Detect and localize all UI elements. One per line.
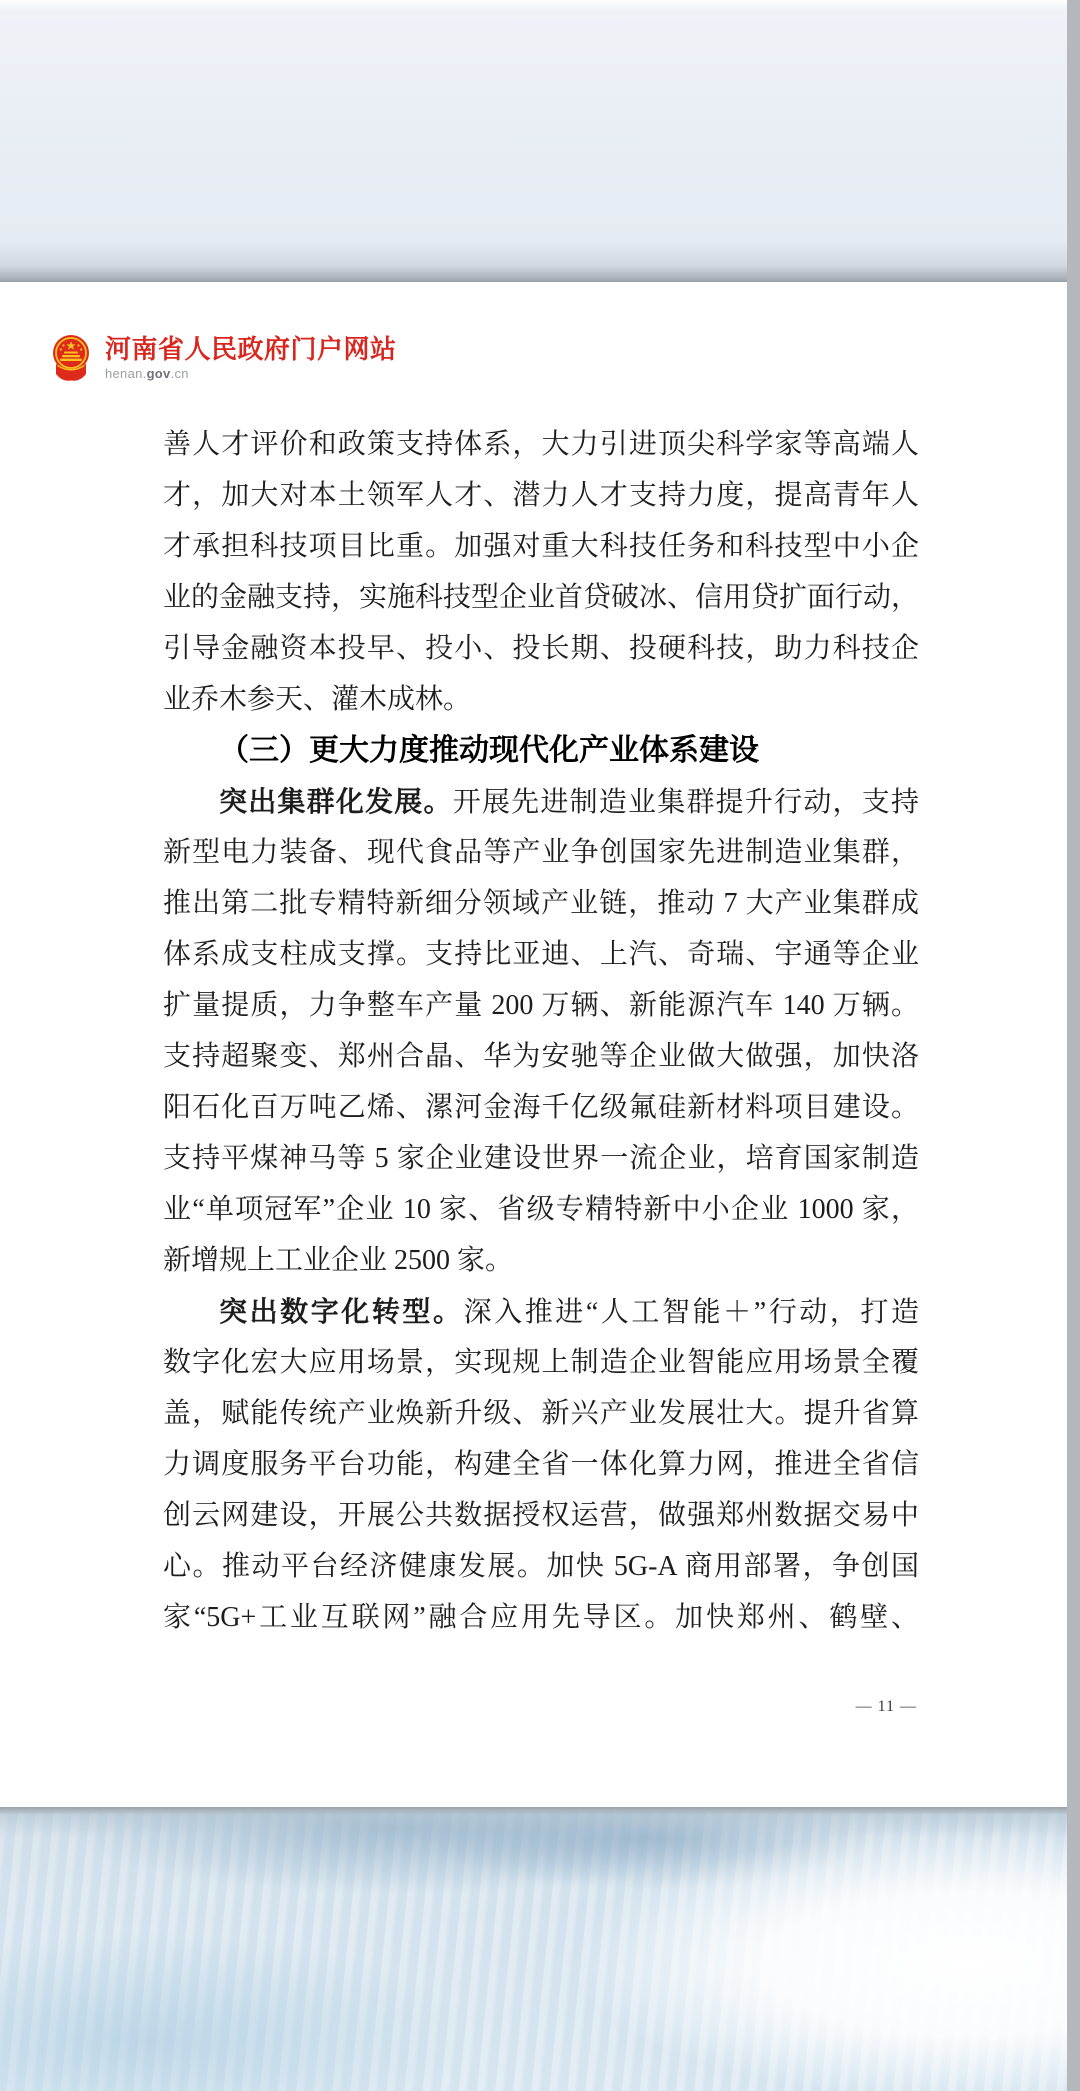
text-line: 力调度服务平台功能，构建全省一体化算力网，推进全省信 (163, 1439, 919, 1490)
pdf-viewer: { "header": { "site_title": "河南省人民政府门户网站… (0, 0, 1080, 2091)
text-line: 支持平煤神马等 5 家企业建设世界一流企业，培育国家制造 (163, 1133, 919, 1184)
text-line: 推出第二批专精特新细分领域产业链，推动 7 大产业集群成 (163, 878, 919, 929)
site-title: 河南省人民政府门户网站 (105, 334, 397, 364)
paragraph-lead: 突出数字化转型。 (219, 1296, 464, 1327)
text-line: 体系成支柱成支撑。支持比亚迪、上汽、奇瑞、宇通等企业 (163, 929, 919, 980)
next-page-edge (0, 1807, 1067, 2091)
site-url: henan.gov.cn (105, 366, 397, 381)
paragraph-lead: 突出集群化发展。 (219, 786, 453, 817)
site-url-prefix: henan. (105, 366, 147, 381)
text-run: 开展先进制造业集群提升行动，支持 (453, 787, 919, 818)
text-line: 支持超聚变、郑州合晶、华为安驰等企业做大做强，加快洛 (163, 1031, 919, 1082)
text-line: 家“5G+工业互联网”融合应用先导区。加快郑州、鹤壁、 (163, 1592, 919, 1643)
text-line: 业乔木参天、灌木成林。 (163, 674, 919, 725)
text-line: 新型电力装备、现代食品等产业争创国家先进制造业集群， (163, 827, 919, 878)
text-line: 盖，赋能传统产业焕新升级、新兴产业发展壮大。提升省算 (163, 1388, 919, 1439)
text-line: 阳石化百万吨乙烯、漯河金海千亿级氟硅新材料项目建设。 (163, 1082, 919, 1133)
site-header: 河南省人民政府门户网站 henan.gov.cn (47, 334, 397, 384)
text-line: 突出数字化转型。深入推进“人工智能＋”行动，打造 (163, 1286, 919, 1337)
text-line: 扩量提质，力争整车产量 200 万辆、新能源汽车 140 万辆。 (163, 980, 919, 1031)
text-line: 业的金融支持，实施科技型企业首贷破冰、信用贷扩面行动， (163, 572, 919, 623)
text-line: 善人才评价和政策支持体系，大力引进顶尖科学家等高端人 (163, 419, 919, 470)
previous-page-edge (0, 0, 1069, 282)
text-line: 引导金融资本投早、投小、投长期、投硬科技，助力科技企 (163, 623, 919, 674)
text-line: 才承担科技项目比重。加强对重大科技任务和科技型中小企 (163, 521, 919, 572)
document-page: 河南省人民政府门户网站 henan.gov.cn 善人才评价和政策支持体系，大力… (0, 282, 1067, 1807)
text-line: 新增规上工业企业 2500 家。 (163, 1235, 919, 1286)
text-line: 创云网建设，开展公共数据授权运营，做强郑州数据交易中 (163, 1490, 919, 1541)
text-line: 业“单项冠军”企业 10 家、省级专精特新中小企业 1000 家， (163, 1184, 919, 1235)
site-url-suffix: .cn (171, 366, 189, 381)
text-line: 突出集群化发展。开展先进制造业集群提升行动，支持 (163, 776, 919, 827)
document-body: 善人才评价和政策支持体系，大力引进顶尖科学家等高端人 才，加大对本土领军人才、潜… (163, 419, 919, 1643)
site-url-gov: gov (147, 366, 171, 381)
text-run: 深入推进“人工智能＋”行动，打造 (464, 1297, 919, 1328)
text-line: 心。推动平台经济健康发展。加快 5G-A 商用部署，争创国 (163, 1541, 919, 1592)
text-line: 才，加大对本土领军人才、潜力人才支持力度，提高青年人 (163, 470, 919, 521)
text-line: 数字化宏大应用场景，实现规上制造企业智能应用场景全覆 (163, 1337, 919, 1388)
site-title-group: 河南省人民政府门户网站 henan.gov.cn (105, 334, 397, 381)
section-heading: （三）更大力度推动现代化产业体系建设 (163, 725, 919, 776)
scroll-gutter (1067, 0, 1080, 2091)
national-emblem-icon (47, 334, 95, 384)
page-number: — 11 — (856, 1698, 917, 1716)
